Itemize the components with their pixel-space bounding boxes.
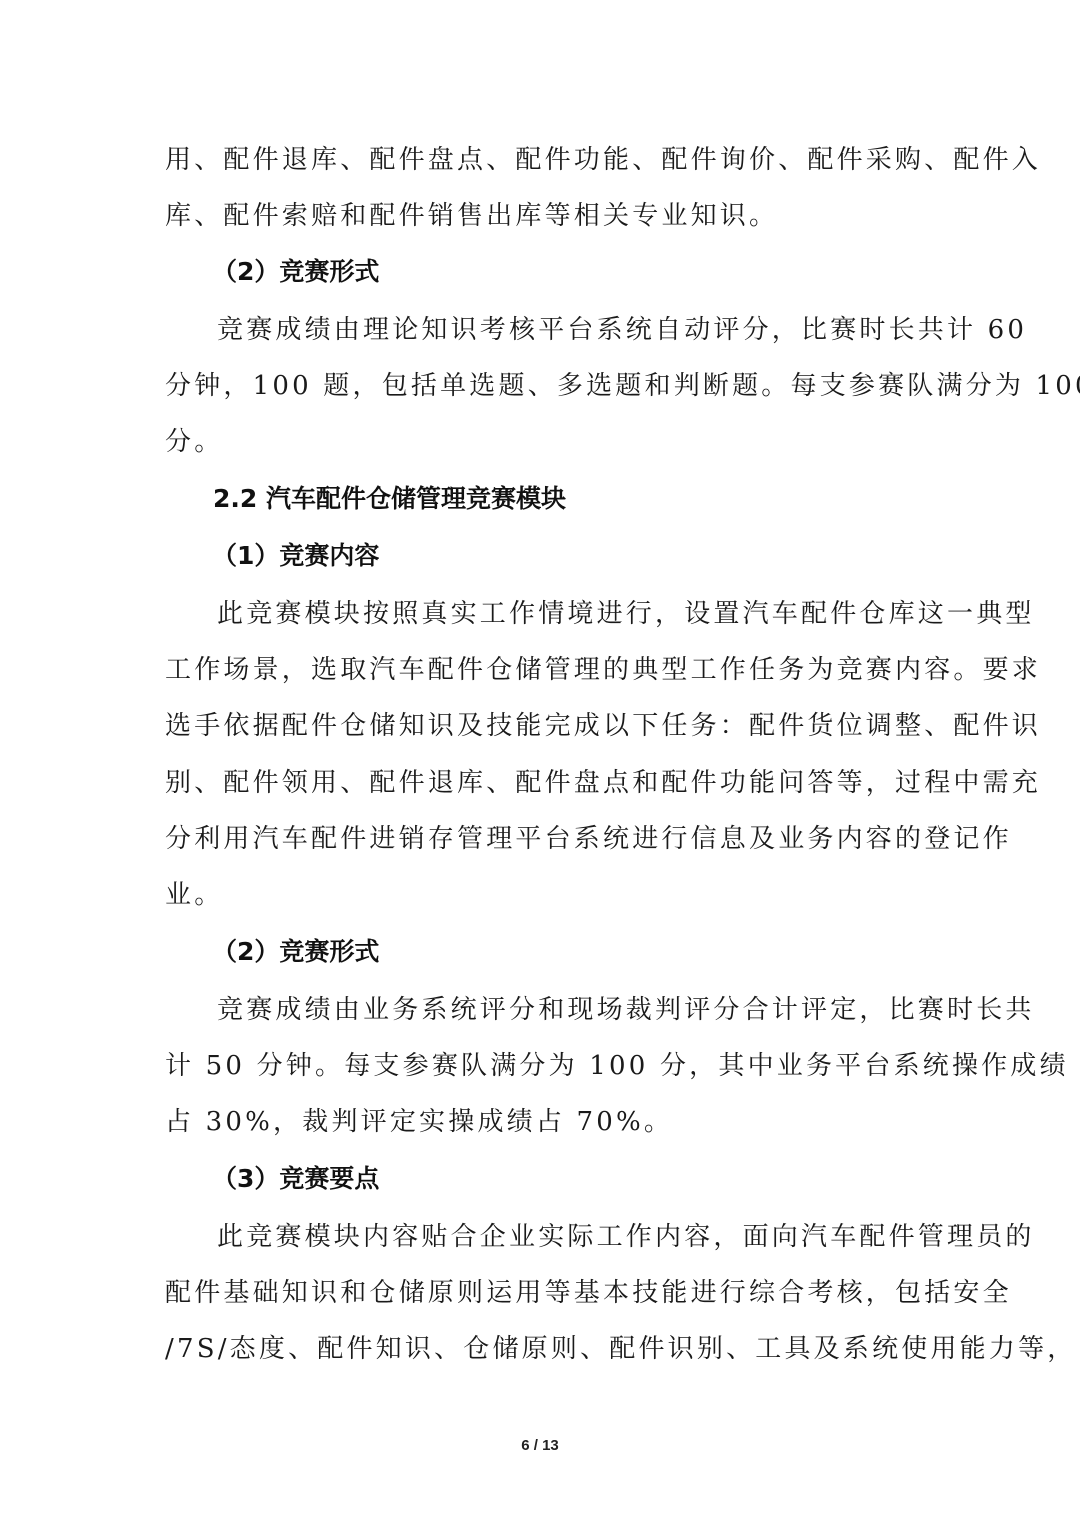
section-heading: 2.2 汽车配件仓储管理竞赛模块: [213, 482, 566, 516]
subheading-competition-key-points: （3）竞赛要点: [212, 1162, 379, 1196]
paragraph-line: 库、配件索赔和配件销售出库等相关专业知识。: [165, 199, 917, 233]
subheading-competition-format: （2）竞赛形式: [212, 255, 379, 289]
paragraph-line: 业。: [165, 878, 917, 912]
paragraph-line: 分利用汽车配件进销存管理平台系统进行信息及业务内容的登记作: [165, 822, 917, 856]
paragraph-line: 此竞赛模块按照真实工作情境进行，设置汽车配件仓库这一典型: [217, 597, 917, 631]
paragraph-line: 计 50 分钟。每支参赛队满分为 100 分，其中业务平台系统操作成绩: [165, 1049, 917, 1083]
paragraph-line: 占 30%，裁判评定实操成绩占 70%。: [165, 1105, 917, 1139]
paragraph-line: 别、配件领用、配件退库、配件盘点和配件功能问答等，过程中需充: [165, 766, 917, 800]
paragraph-line: 此竞赛模块内容贴合企业实际工作内容，面向汽车配件管理员的: [217, 1220, 917, 1254]
paragraph-line: 分钟，100 题，包括单选题、多选题和判断题。每支参赛队满分为 100: [165, 369, 917, 403]
subheading-competition-format: （2）竞赛形式: [212, 935, 379, 969]
paragraph-line: 竞赛成绩由理论知识考核平台系统自动评分，比赛时长共计 60: [217, 313, 917, 347]
paragraph-line: 选手依据配件仓储知识及技能完成以下任务：配件货位调整、配件识: [165, 709, 917, 743]
paragraph-line: 工作场景，选取汽车配件仓储管理的典型工作任务为竞赛内容。要求: [165, 653, 917, 687]
paragraph-line: /7S/态度、配件知识、仓储原则、配件识别、工具及系统使用能力等，: [165, 1332, 917, 1366]
paragraph-line: 分。: [165, 425, 917, 459]
document-page: 用、配件退库、配件盘点、配件功能、配件询价、配件采购、配件入 库、配件索赔和配件…: [0, 0, 1080, 1527]
page-number: 6 / 13: [0, 1437, 1080, 1454]
subheading-competition-content: （1）竞赛内容: [212, 539, 379, 573]
paragraph-line: 用、配件退库、配件盘点、配件功能、配件询价、配件采购、配件入: [165, 143, 917, 177]
paragraph-line: 竞赛成绩由业务系统评分和现场裁判评分合计评定，比赛时长共: [217, 993, 917, 1027]
paragraph-line: 配件基础知识和仓储原则运用等基本技能进行综合考核，包括安全: [165, 1276, 917, 1310]
